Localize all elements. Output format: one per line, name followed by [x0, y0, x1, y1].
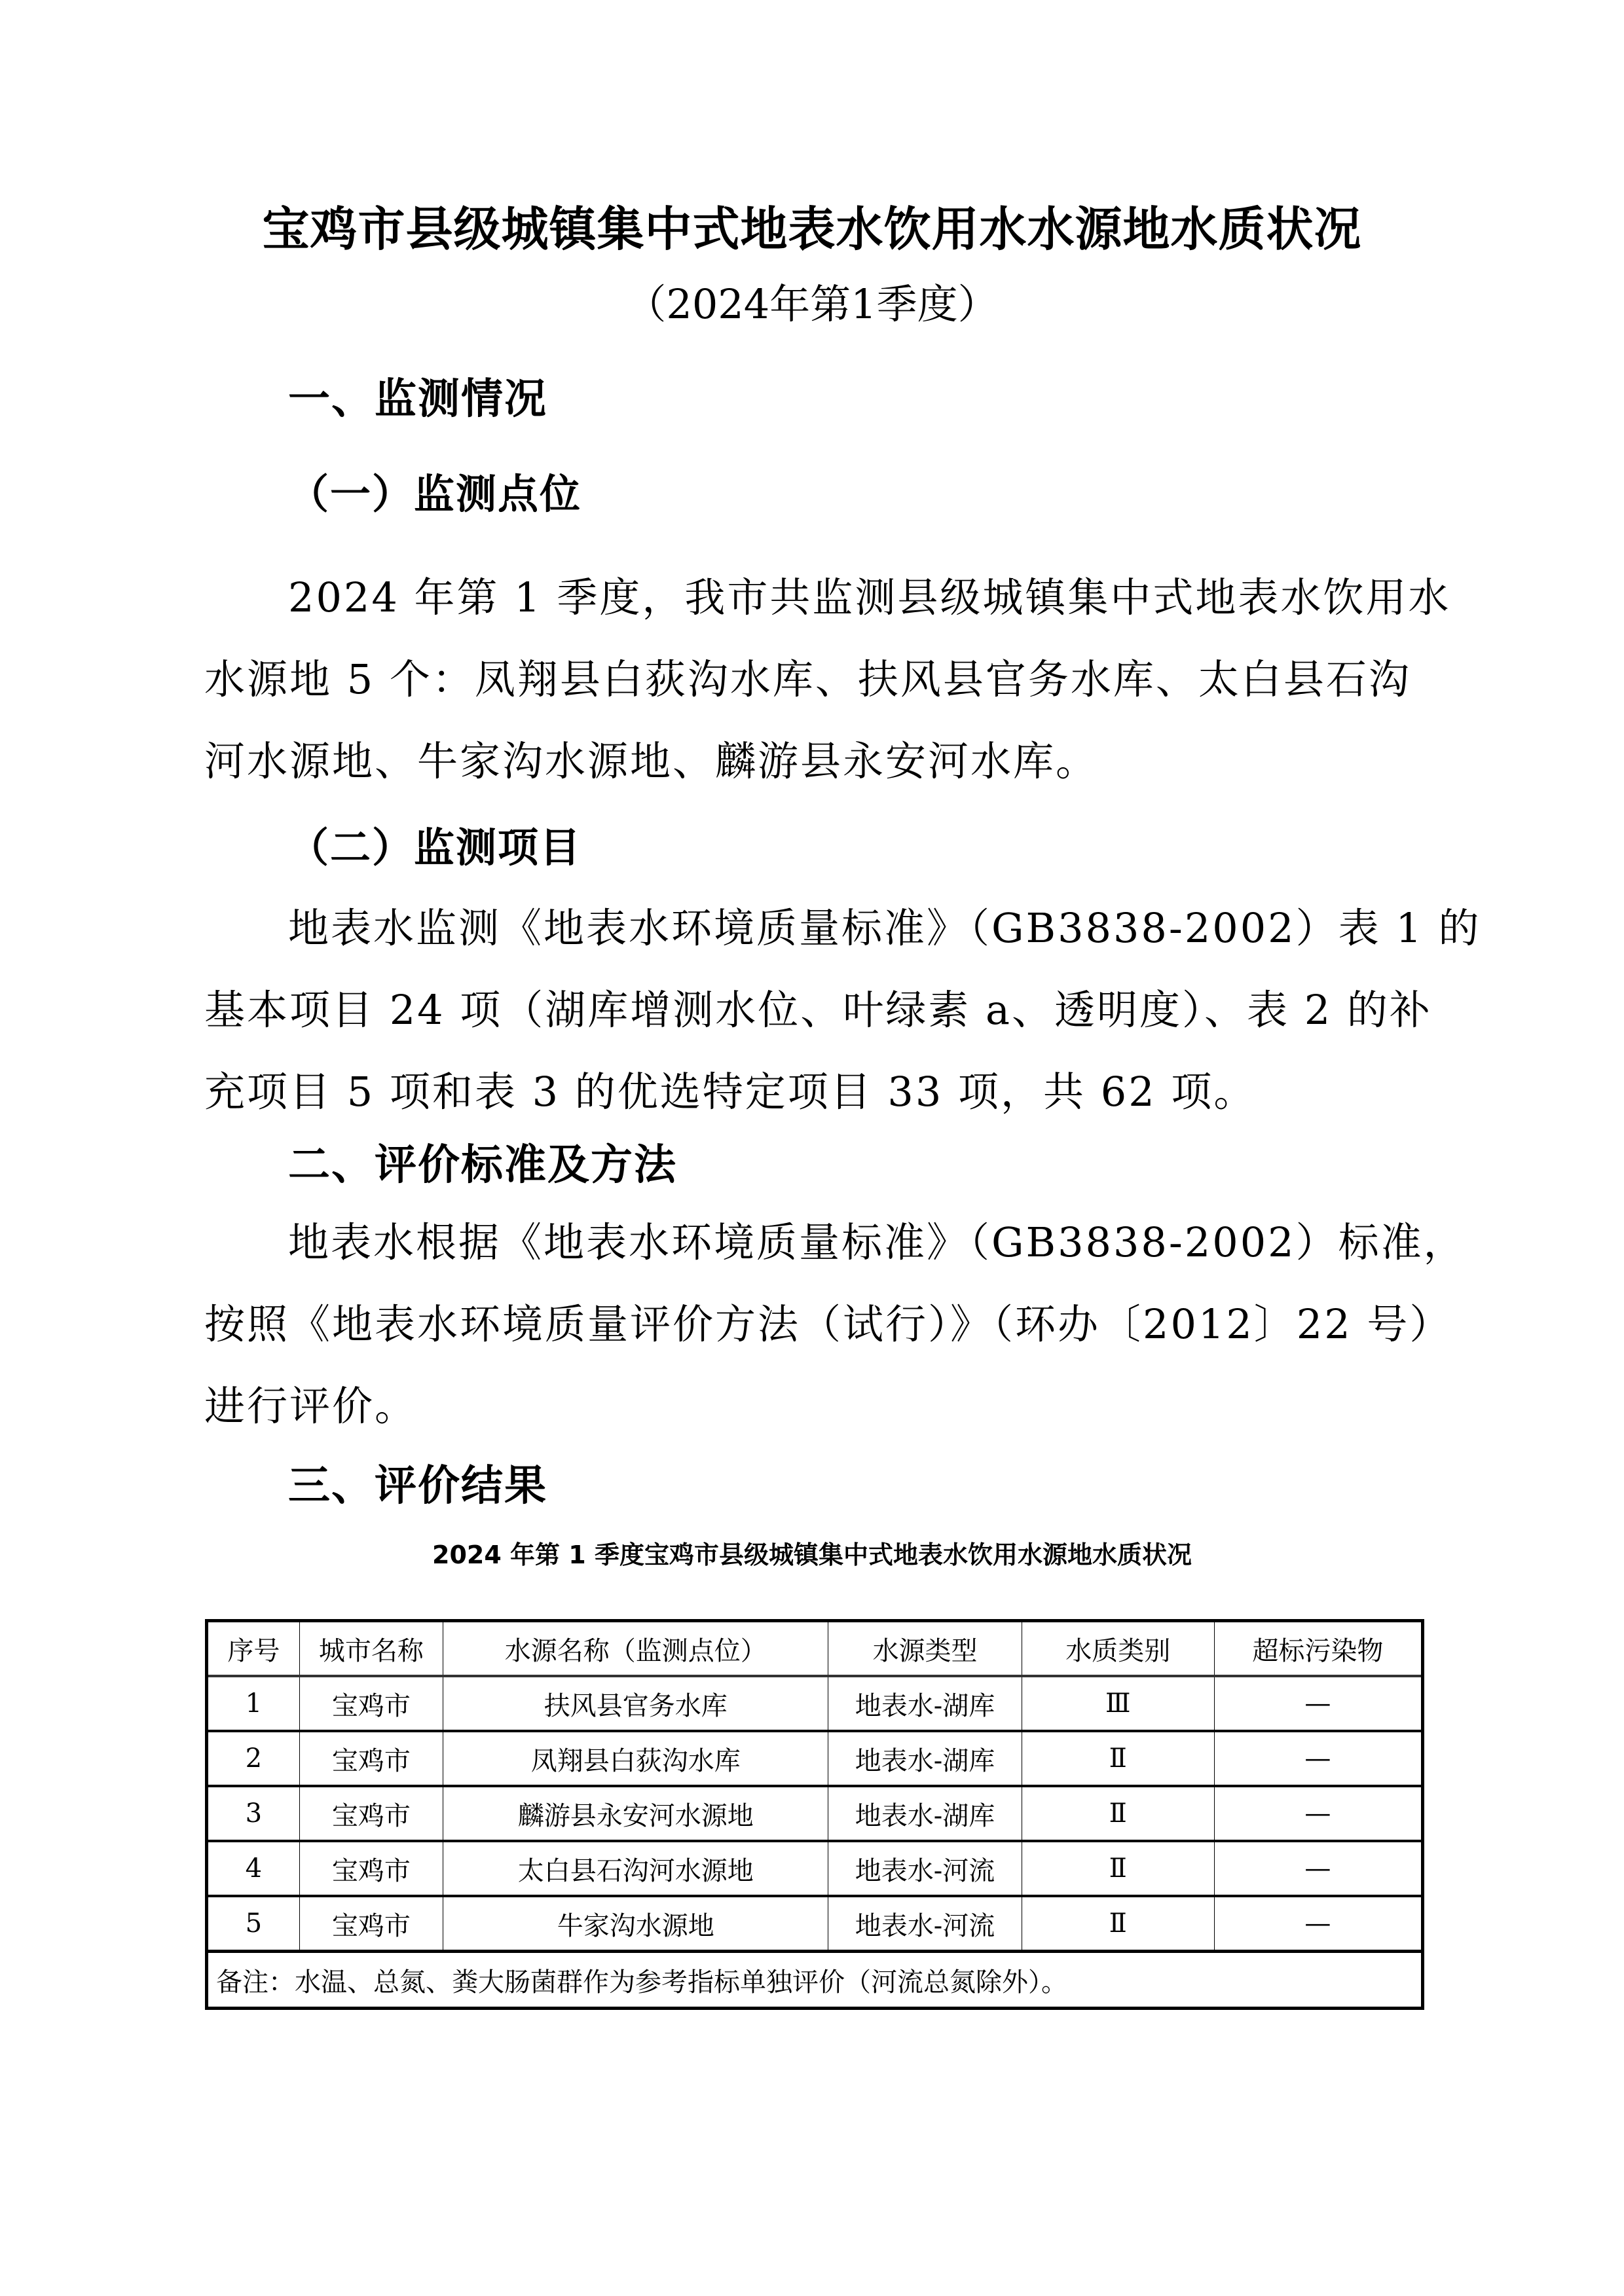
table-row: 1 宝鸡市 扶风县官务水库 地表水-湖库 Ⅲ — — [207, 1676, 1423, 1731]
cell-index: 2 — [207, 1731, 300, 1786]
cell-city: 宝鸡市 — [299, 1731, 443, 1786]
cell-source-type: 地表水-河流 — [828, 1841, 1022, 1896]
cell-quality-class: Ⅲ — [1022, 1676, 1214, 1731]
header-source-name: 水源名称（监测点位） — [443, 1621, 828, 1677]
paragraph-line: 地表水监测《地表水环境质量标准》（GB3838-2002）表 1 的 — [204, 887, 1429, 969]
header-quality-class: 水质类别 — [1022, 1621, 1214, 1677]
paragraph-line: 河水源地、牛家沟水源地、麟游县永安河水库。 — [204, 720, 1429, 802]
cell-pollutants: — — [1214, 1841, 1422, 1896]
paragraph-line: 2024 年第 1 季度，我市共监测县级城镇集中式地表水饮用水 — [204, 556, 1429, 638]
subsection-heading-items: （二）监测项目 — [288, 818, 581, 877]
paragraph-line: 水源地 5 个：凤翔县白荻沟水库、扶风县官务水库、太白县石沟 — [204, 638, 1429, 720]
table-row: 2 宝鸡市 凤翔县白荻沟水库 地表水-湖库 Ⅱ — — [207, 1731, 1423, 1786]
cell-city: 宝鸡市 — [299, 1786, 443, 1841]
section-heading-monitoring: 一、监测情况 — [288, 370, 547, 429]
cell-pollutants: — — [1214, 1786, 1422, 1841]
document-page: 宝鸡市县级城镇集中式地表水饮用水水源地水质状况 （2024年第1季度） 一、监测… — [0, 0, 1624, 2296]
table-note-row: 备注：水温、总氮、粪大肠菌群作为参考指标单独评价（河流总氮除外）。 — [207, 1952, 1423, 2009]
paragraph-monitoring-items: 地表水监测《地表水环境质量标准》（GB3838-2002）表 1 的 基本项目 … — [204, 887, 1429, 1133]
cell-source-type: 地表水-河流 — [828, 1896, 1022, 1952]
cell-city: 宝鸡市 — [299, 1896, 443, 1952]
cell-source-name: 扶风县官务水库 — [443, 1676, 828, 1731]
paragraph-line: 按照《地表水环境质量评价方法（试行）》（环办〔2012〕22 号） — [204, 1283, 1429, 1365]
paragraph-monitoring-points: 2024 年第 1 季度，我市共监测县级城镇集中式地表水饮用水 水源地 5 个：… — [204, 556, 1429, 802]
paragraph-line: 充项目 5 项和表 3 的优选特定项目 33 项，共 62 项。 — [204, 1051, 1429, 1133]
water-quality-table: 序号 城市名称 水源名称（监测点位） 水源类型 水质类别 超标污染物 1 宝鸡市… — [205, 1619, 1424, 2010]
cell-city: 宝鸡市 — [299, 1841, 443, 1896]
table-row: 3 宝鸡市 麟游县永安河水源地 地表水-湖库 Ⅱ — — [207, 1786, 1423, 1841]
table-row: 4 宝鸡市 太白县石沟河水源地 地表水-河流 Ⅱ — — [207, 1841, 1423, 1896]
paragraph-line: 基本项目 24 项（湖库增测水位、叶绿素 a、透明度）、表 2 的补 — [204, 969, 1429, 1051]
header-pollutants: 超标污染物 — [1214, 1621, 1422, 1677]
table-caption: 2024 年第 1 季度宝鸡市县级城镇集中式地表水饮用水源地水质状况 — [0, 1535, 1624, 1575]
section-heading-standards: 二、评价标准及方法 — [288, 1136, 677, 1195]
table-row: 5 宝鸡市 牛家沟水源地 地表水-河流 Ⅱ — — [207, 1896, 1423, 1952]
cell-quality-class: Ⅱ — [1022, 1786, 1214, 1841]
cell-pollutants: — — [1214, 1731, 1422, 1786]
table-note: 备注：水温、总氮、粪大肠菌群作为参考指标单独评价（河流总氮除外）。 — [207, 1952, 1423, 2009]
paragraph-line: 进行评价。 — [204, 1365, 1429, 1447]
cell-index: 5 — [207, 1896, 300, 1952]
header-source-type: 水源类型 — [828, 1621, 1022, 1677]
cell-pollutants: — — [1214, 1676, 1422, 1731]
paragraph-line: 地表水根据《地表水环境质量标准》（GB3838-2002）标准， — [204, 1201, 1429, 1283]
cell-index: 3 — [207, 1786, 300, 1841]
cell-source-name: 凤翔县白荻沟水库 — [443, 1731, 828, 1786]
table-header-row: 序号 城市名称 水源名称（监测点位） 水源类型 水质类别 超标污染物 — [207, 1621, 1423, 1677]
cell-source-type: 地表水-湖库 — [828, 1786, 1022, 1841]
document-title: 宝鸡市县级城镇集中式地表水饮用水水源地水质状况 — [0, 196, 1624, 262]
cell-index: 4 — [207, 1841, 300, 1896]
header-city: 城市名称 — [299, 1621, 443, 1677]
section-heading-results: 三、评价结果 — [288, 1457, 547, 1516]
cell-quality-class: Ⅱ — [1022, 1841, 1214, 1896]
cell-quality-class: Ⅱ — [1022, 1896, 1214, 1952]
cell-index: 1 — [207, 1676, 300, 1731]
cell-source-name: 太白县石沟河水源地 — [443, 1841, 828, 1896]
cell-source-type: 地表水-湖库 — [828, 1731, 1022, 1786]
cell-source-name: 牛家沟水源地 — [443, 1896, 828, 1952]
subsection-heading-points: （一）监测点位 — [288, 465, 581, 524]
paragraph-standards: 地表水根据《地表水环境质量标准》（GB3838-2002）标准， 按照《地表水环… — [204, 1201, 1429, 1447]
document-subtitle: （2024年第1季度） — [0, 275, 1624, 334]
cell-source-name: 麟游县永安河水源地 — [443, 1786, 828, 1841]
cell-city: 宝鸡市 — [299, 1676, 443, 1731]
cell-quality-class: Ⅱ — [1022, 1731, 1214, 1786]
header-index: 序号 — [207, 1621, 300, 1677]
cell-source-type: 地表水-湖库 — [828, 1676, 1022, 1731]
cell-pollutants: — — [1214, 1896, 1422, 1952]
